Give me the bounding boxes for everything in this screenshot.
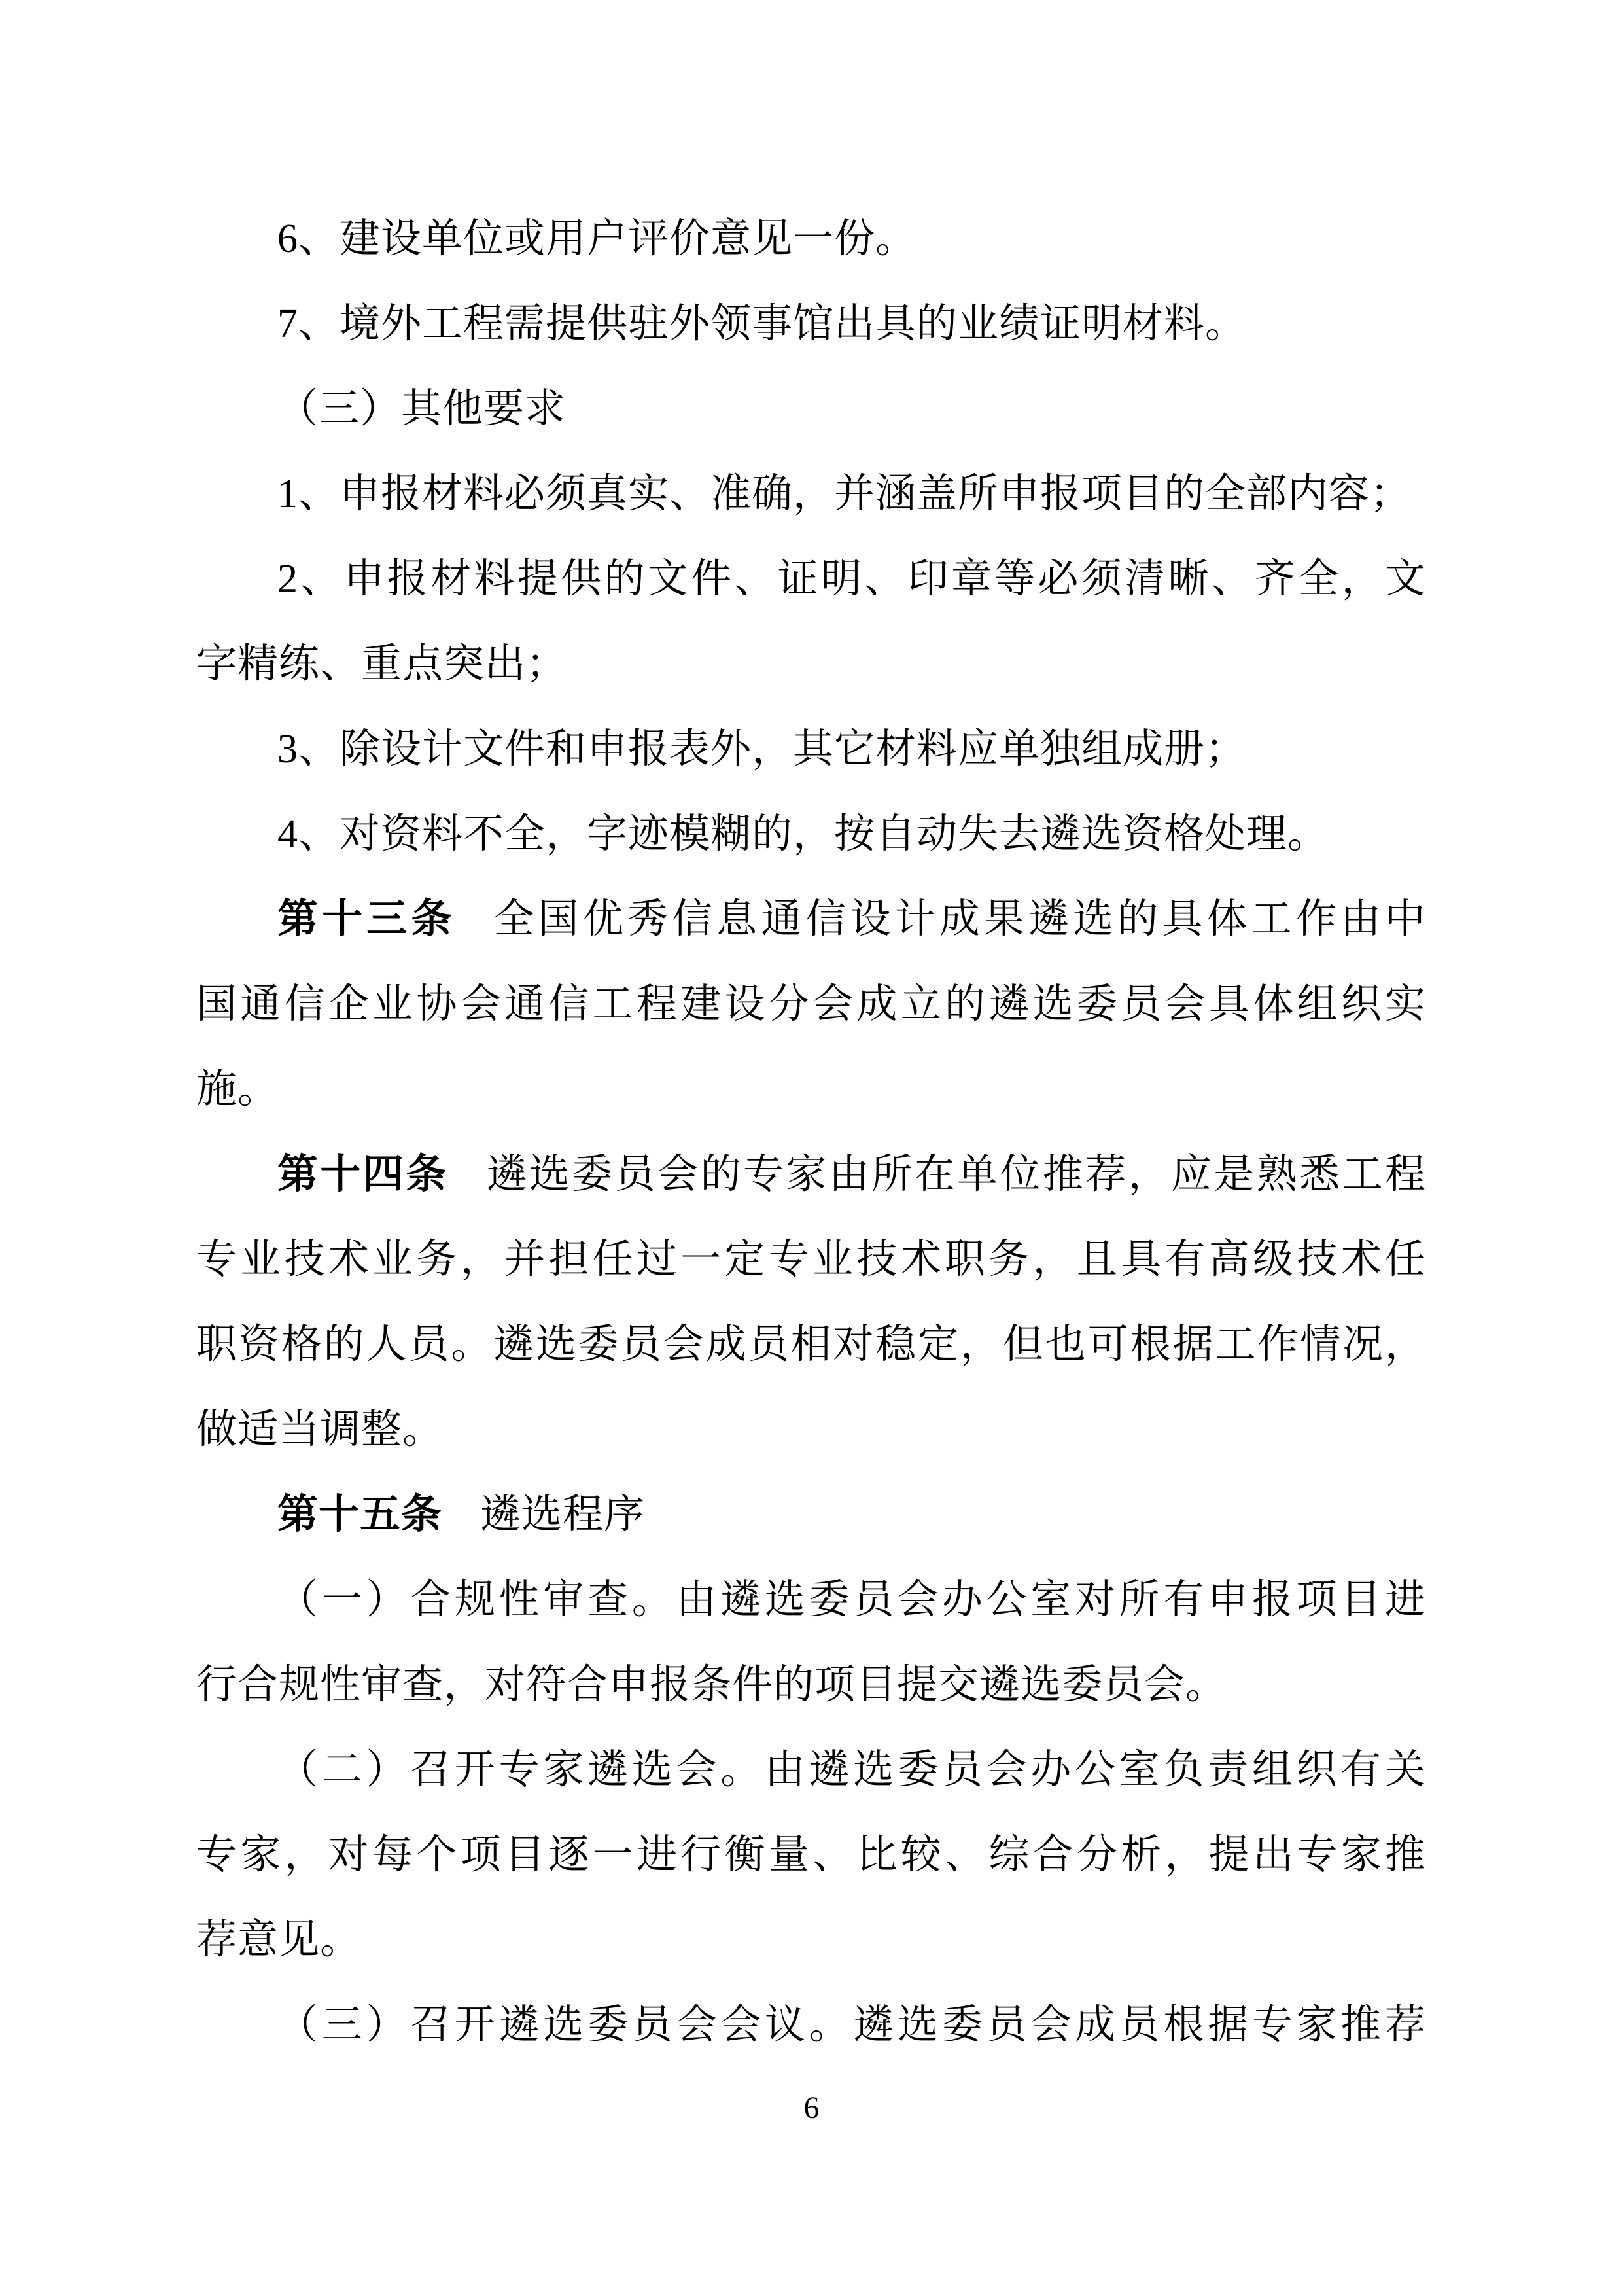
text-line: （三）其他要求 (196, 366, 1426, 451)
line-text: 3、除设计文件和申报表外，其它材料应单独组成册； (277, 727, 1246, 771)
text-line: 1、申报材料必须真实、准确，并涵盖所申报项目的全部内容； (196, 451, 1426, 537)
line-text: 1、申报材料必须真实、准确，并涵盖所申报项目的全部内容； (277, 472, 1411, 516)
article-number: 第十五条 (277, 1492, 442, 1537)
line-text: 7、境外工程需提供驻外领事馆出具的业绩证明材料。 (277, 302, 1246, 346)
text-line: 职资格的人员。遴选委员会成员相对稳定，但也可根据工作情况， (196, 1302, 1426, 1387)
line-text: 遴选程序 (480, 1492, 645, 1537)
text-line: 专家，对每个项目逐一进行衡量、比较、综合分析，提出专家推 (196, 1812, 1426, 1898)
line-text: 4、对资料不全，字迹模糊的，按自动失去遴选资格处理。 (277, 812, 1329, 857)
line-text: 国通信企业协会通信工程建设分会成立的遴选委员会具体组织实 (196, 982, 1426, 1027)
line-text: 6、建设单位或用户评价意见一份。 (277, 217, 916, 261)
text-line: 第十三条全国优秀信息通信设计成果遴选的具体工作由中 (196, 877, 1426, 962)
text-line: 专业技术业务，并担任过一定专业技术职务，且具有高级技术任 (196, 1217, 1426, 1302)
line-text: （二）召开专家遴选会。由遴选委员会办公室负责组织有关 (277, 1748, 1426, 1792)
line-text: （一）合规性审查。由遴选委员会办公室对所有申报项目进 (277, 1578, 1426, 1622)
text-line: 2、申报材料提供的文件、证明、印章等必须清晰、齐全，文 (196, 537, 1426, 622)
line-text: 专业技术业务，并担任过一定专业技术职务，且具有高级技术任 (196, 1237, 1426, 1282)
line-text: 全国优秀信息通信设计成果遴选的具体工作由中 (494, 897, 1426, 942)
line-text: 字精练、重点突出； (196, 642, 567, 686)
text-line: 做适当调整。 (196, 1387, 1426, 1472)
line-text: （三）召开遴选委员会会议。遴选委员会成员根据专家推荐 (277, 2003, 1426, 2047)
line-text: 施。 (196, 1067, 279, 1112)
document-body: 6、建设单位或用户评价意见一份。7、境外工程需提供驻外领事馆出具的业绩证明材料。… (196, 196, 1426, 2068)
text-line: 6、建设单位或用户评价意见一份。 (196, 196, 1426, 281)
line-text: 行合规性审查，对符合申报条件的项目提交遴选委员会。 (196, 1663, 1227, 1707)
text-line: 施。 (196, 1047, 1426, 1132)
line-text: 2、申报材料提供的文件、证明、印章等必须清晰、齐全，文 (277, 557, 1426, 601)
text-line: （一）合规性审查。由遴选委员会办公室对所有申报项目进 (196, 1557, 1426, 1642)
text-line: 第十四条遴选委员会的专家由所在单位推荐，应是熟悉工程 (196, 1132, 1426, 1217)
page-footer: 6 (0, 2089, 1623, 2128)
text-line: 第十五条遴选程序 (196, 1472, 1426, 1557)
article-number: 第十四条 (277, 1152, 449, 1197)
text-line: 字精练、重点突出； (196, 622, 1426, 707)
line-text: 荐意见。 (196, 1918, 361, 1962)
text-line: （三）召开遴选委员会会议。遴选委员会成员根据专家推荐 (196, 1983, 1426, 2068)
line-text: 遴选委员会的专家由所在单位推荐，应是熟悉工程 (487, 1152, 1426, 1197)
text-line: 荐意见。 (196, 1898, 1426, 1983)
text-line: 4、对资料不全，字迹模糊的，按自动失去遴选资格处理。 (196, 792, 1426, 877)
line-text: 专家，对每个项目逐一进行衡量、比较、综合分析，提出专家推 (196, 1833, 1426, 1877)
line-text: 做适当调整。 (196, 1407, 444, 1452)
document-page: 6、建设单位或用户评价意见一份。7、境外工程需提供驻外领事馆出具的业绩证明材料。… (0, 0, 1623, 2296)
text-line: 国通信企业协会通信工程建设分会成立的遴选委员会具体组织实 (196, 962, 1426, 1047)
text-line: （二）召开专家遴选会。由遴选委员会办公室负责组织有关 (196, 1727, 1426, 1812)
article-number: 第十三条 (277, 897, 456, 942)
page-number: 6 (804, 2091, 820, 2125)
text-line: 3、除设计文件和申报表外，其它材料应单独组成册； (196, 707, 1426, 792)
line-text: （三）其他要求 (277, 387, 566, 431)
line-text: 职资格的人员。遴选委员会成员相对稳定，但也可根据工作情况， (196, 1322, 1426, 1367)
text-line: 7、境外工程需提供驻外领事馆出具的业绩证明材料。 (196, 281, 1426, 366)
text-line: 行合规性审查，对符合申报条件的项目提交遴选委员会。 (196, 1642, 1426, 1727)
